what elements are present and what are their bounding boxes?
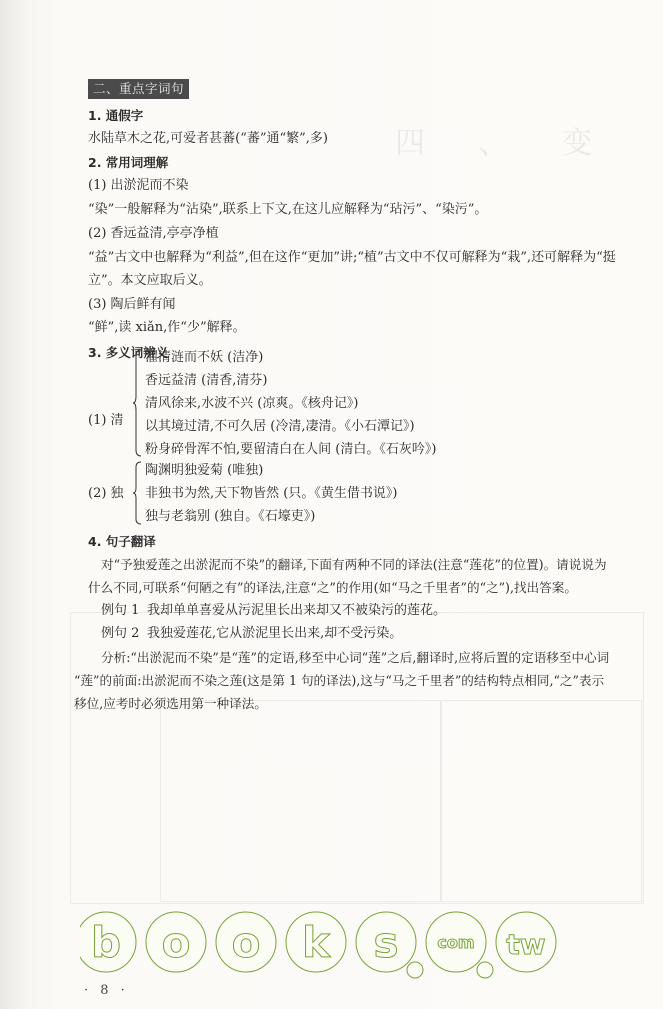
analysis-text-end: 移位,应考时必须选用第一种译法。 (74, 696, 267, 712)
polysemy-entry: 独与老翁别 (独自。《石壕吏》) (145, 509, 315, 525)
watermark-letter: o (232, 918, 261, 967)
translation-intro-cont: 什么不同,可联系“何陋之有”的译法,注意“之”的作用(如“马之千里者”的“之”)… (88, 580, 577, 596)
explanation-2-cont: 立”。本文应取后义。 (88, 273, 212, 289)
page-number: · 8 · (84, 983, 129, 998)
example-1-text: 我却单单喜爱从污泥里长出来却又不被染污的莲花。 (147, 603, 446, 619)
translation-intro: 对“予独爱莲之出淤泥而不染”的翻译,下面有两种不同的译法(注意“莲花”的位置)。… (101, 557, 607, 573)
polysemy-entry: 以其境过清,不可久居 (冷清,凄清。《小石潭记》) (145, 419, 415, 435)
bleed-through-title: 四 、 变 (395, 118, 614, 162)
watermark-letter: tw (506, 928, 545, 961)
subheading-translation: 4. 句子翻译 (88, 534, 156, 550)
phrase-2: (2) 香远益清,亭亭净植 (88, 226, 219, 242)
explanation-2: “益”古文中也解释为“利益”,但在这作“更加”讲;“植”古文中不仅可解释为“栽”… (88, 250, 616, 266)
books-com-tw-watermark: b o o k s com tw (80, 900, 580, 994)
tongjiazi-example: 水陆草木之花,可爱者甚蕃(“蕃”通“繁”,多) (88, 131, 328, 147)
analysis-text-cont: “莲”的前面:出淤泥而不染之莲(这是第 1 句的译法),这与“马之千里者”的结构… (74, 673, 604, 689)
example-2-label: 例句 2 (101, 626, 139, 642)
watermark-letter: s (374, 918, 399, 967)
brace-icon (132, 348, 142, 458)
polysemy-entry: 非独书为然,天下物皆然 (只。《黄生借书说》) (145, 486, 397, 502)
brace-icon (132, 460, 142, 526)
phrase-1: (1) 出淤泥而不染 (88, 178, 189, 194)
polysemy-entry: 濯清涟而不妖 (洁净) (145, 350, 263, 366)
watermark-letter: o (162, 918, 191, 967)
polysemy-entry: 陶渊明独爱菊 (唯独) (145, 463, 263, 479)
section-heading: 二、重点字词句 (88, 79, 189, 99)
polysemy-entry: 清风徐来,水波不兴 (凉爽。《核舟记》) (145, 396, 358, 412)
polysemy-label-qing: (1) 清 (88, 413, 124, 429)
bleed-through-cell (440, 700, 642, 902)
document-page: 四 、 变 二、重点字词句 1. 通假字 水陆草木之花,可爱者甚蕃(“蕃”通“繁… (0, 0, 663, 1009)
polysemy-label-du: (2) 独 (88, 486, 124, 502)
subheading-tongjiazi: 1. 通假字 (88, 108, 143, 124)
explanation-1: “染”一般解释为“沾染”,联系上下文,在这儿应解释为“玷污”、“染污”。 (88, 202, 487, 218)
watermark-letter: com (437, 933, 474, 952)
polysemy-entry: 粉身碎骨浑不怕,要留清白在人间 (清白。《石灰吟》) (145, 442, 436, 458)
phrase-3: (3) 陶后鲜有闻 (88, 297, 176, 313)
watermark-letter: k (302, 918, 331, 967)
example-2-text: 我独爱莲花,它从淤泥里长出来,却不受污染。 (147, 626, 402, 642)
polysemy-entry: 香远益清 (清香,清芬) (145, 373, 267, 389)
example-1-label: 例句 1 (101, 603, 139, 619)
bleed-through-cell (160, 700, 442, 902)
subheading-common-words: 2. 常用词理解 (88, 155, 168, 171)
analysis-text: 分析:“出淤泥而不染”是“莲”的定语,移至中心词“莲”之后,翻译时,应将后置的定… (101, 650, 609, 666)
explanation-3: “鲜”,读 xiǎn,作“少”解释。 (88, 320, 246, 336)
watermark-letter: b (91, 918, 121, 967)
